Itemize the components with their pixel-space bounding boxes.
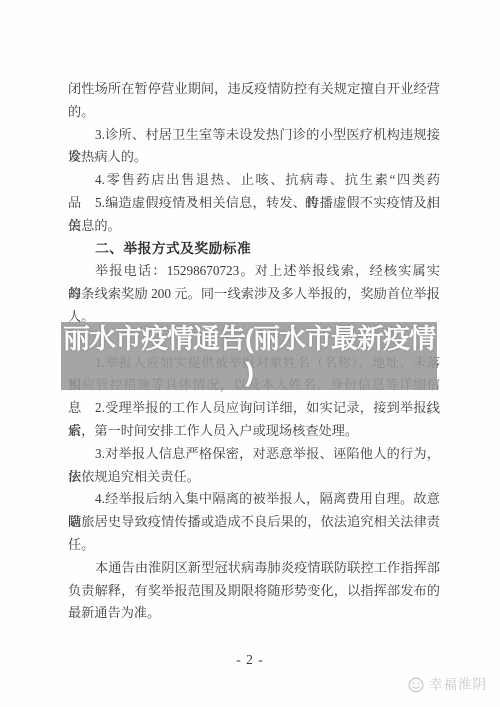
doc-line: 闭性场所在暂停营业期间，违反疫情防控有关规定擅自开业经营 (68, 78, 440, 101)
doc-line: 3.对举报人信息严格保密，对恶意举报、诬陷他人的行为，依 (68, 443, 440, 466)
doc-line: 信息的。 (68, 215, 440, 238)
doc-line: 的。 (68, 101, 440, 124)
doc-line: 后，第一时间安排工作人员入户或现场核查处理。 (68, 420, 440, 443)
overlay-title-line1: 丽水市疫情通告(丽水市最新疫情 (63, 323, 435, 356)
doc-line: 2.受理举报的工作人员应询问详细，如实记录，接到举报线索 (68, 397, 440, 420)
doc-line: 任。 (68, 534, 440, 557)
document-page: 闭性场所在暂停营业期间，违反疫情防控有关规定擅自开业经营的。3.诊所、村居卫生室… (0, 0, 500, 707)
doc-line: 最新通告为准。 (68, 602, 440, 625)
doc-line: 4.零售药店出售退热、止咳、抗病毒、抗生素“四类药品”的。 (68, 169, 440, 192)
page-number: - 2 - (0, 652, 500, 668)
overlay-title-line2: ) (245, 356, 253, 388)
title-overlay: 丽水市疫情通告(丽水市最新疫情 ) (61, 322, 437, 390)
watermark-label: 幸福淮阴 (429, 676, 487, 694)
doc-line: 发热病人的。 (68, 146, 440, 169)
doc-line: 法依规追究相关责任。 (68, 466, 440, 489)
watermark: 幸福淮阴 (407, 676, 487, 694)
doc-line: 举报电话：15298670723。对上述举报线索，经核实属实的， (68, 260, 440, 283)
doc-line: 3.诊所、村居卫生室等未设发热门诊的小型医疗机构违规接诊 (68, 124, 440, 147)
doc-line: 瞒旅居史导致疫情传播或造成不良后果的，依法追究相关法律责 (68, 511, 440, 534)
doc-line: 负责解释，有奖举报范围及期限将随形势变化，以指挥部发布的 (68, 580, 440, 603)
doc-line: 每条线索奖励 200 元。同一线索涉及多人举报的，奖励首位举报 (68, 283, 440, 306)
smiley-logo-icon (407, 676, 425, 694)
section-heading: 二、举报方式及奖励标准 (68, 238, 440, 261)
doc-line: 4.经举报后纳入集中隔离的被举报人，隔离费用自理。故意隐 (68, 488, 440, 511)
doc-line: 本通告由淮阴区新型冠状病毒肺炎疫情联防联控工作指挥部 (68, 557, 440, 580)
doc-line: 5.编造虚假疫情及相关信息，转发、传播虚假不实疫情及相关 (68, 192, 440, 215)
